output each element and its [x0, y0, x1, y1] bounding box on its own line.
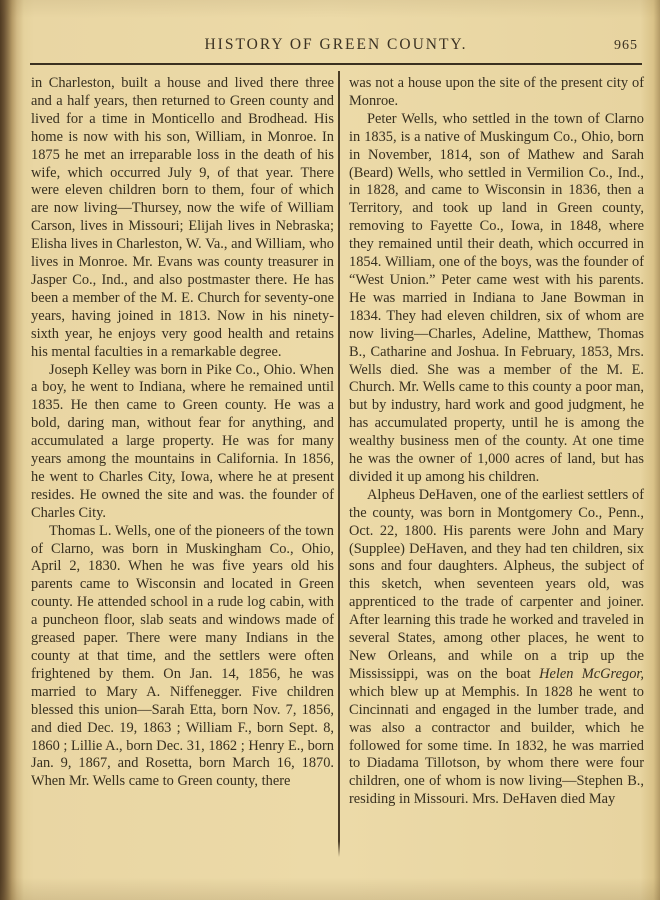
- paragraph: in Charleston, built a house and lived t…: [31, 75, 334, 362]
- body-text: which blew up at Memphis. In 1828 he wen…: [349, 684, 644, 807]
- header-rule: [30, 63, 642, 65]
- body-text: Thomas L. Wells, one of the pioneers of …: [31, 523, 334, 790]
- text-columns: in Charleston, built a house and lived t…: [31, 71, 644, 900]
- body-text: Peter Wells, who settled in the town of …: [349, 111, 644, 485]
- page-number: 965: [614, 38, 638, 54]
- body-text: Joseph Kelley was born in Pike Co., Ohio…: [31, 362, 334, 521]
- italic-text: Helen McGregor,: [539, 666, 644, 682]
- body-text: Alpheus DeHaven, one of the earliest set…: [349, 487, 644, 682]
- page-header: HISTORY OF GREEN COUNTY. 965: [30, 36, 642, 58]
- paragraph: Thomas L. Wells, one of the pioneers of …: [31, 523, 334, 792]
- left-column: in Charleston, built a house and lived t…: [31, 71, 334, 900]
- body-text: was not a house upon the site of the pre…: [349, 75, 644, 109]
- paragraph: was not a house upon the site of the pre…: [349, 75, 644, 111]
- body-text: in Charleston, built a house and lived t…: [31, 75, 334, 360]
- paragraph: Joseph Kelley was born in Pike Co., Ohio…: [31, 362, 334, 523]
- right-column: was not a house upon the site of the pre…: [340, 71, 644, 900]
- paragraph: Alpheus DeHaven, one of the earliest set…: [349, 487, 644, 809]
- running-title: HISTORY OF GREEN COUNTY.: [30, 36, 642, 54]
- paragraph: Peter Wells, who settled in the town of …: [349, 111, 644, 487]
- book-page: HISTORY OF GREEN COUNTY. 965 in Charlest…: [0, 0, 660, 900]
